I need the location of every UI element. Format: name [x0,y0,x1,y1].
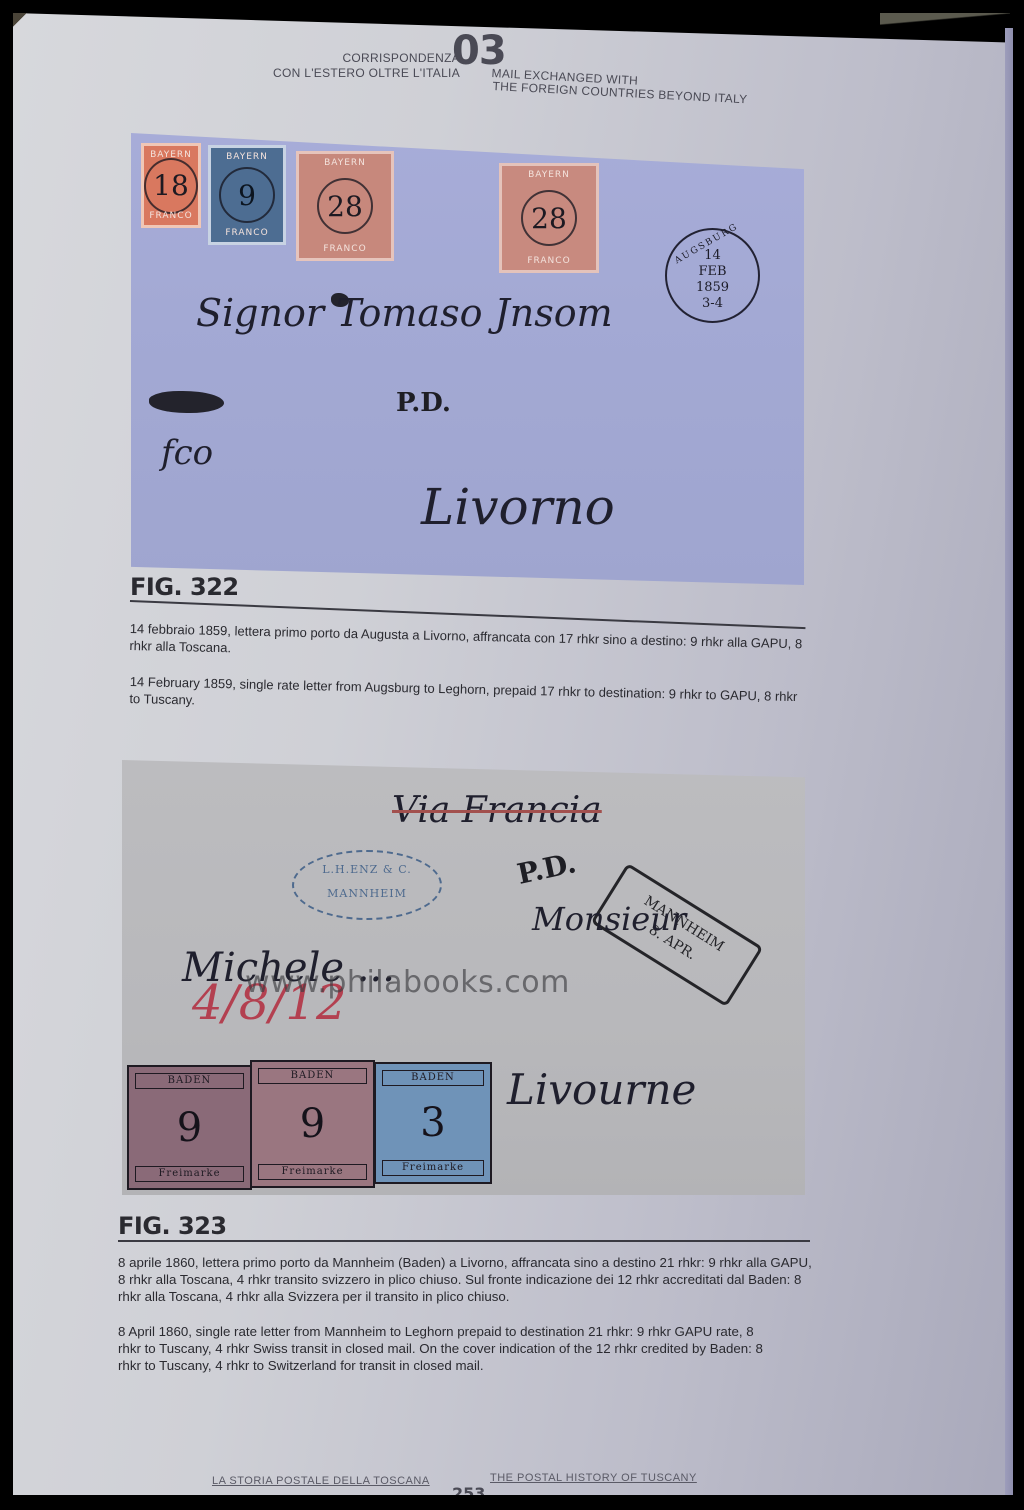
page-edge [1005,28,1013,1495]
cachet-town: MANNHEIM [294,882,440,906]
stamp-value: 18 [153,169,189,202]
postmark-time: 3-4 [667,296,758,312]
stamp-country: BADEN [135,1073,244,1089]
stamp-baden-3kr: BADEN 3 Freimarke [374,1062,492,1184]
stamp-baden-9kr-b: BADEN 9 Freimarke [250,1060,375,1188]
numeral-cancel: 28 [521,190,577,246]
figure-323-caption-it: 8 aprile 1860, lettera primo porto da Ma… [118,1254,818,1305]
stamp-inscription: FRANCO [144,211,198,221]
address-line-1: Signor Tomaso Jnsom [196,291,613,335]
figure-322-label: FIG. 322 [130,573,239,601]
route-note-via-francia: Via Francia [392,790,602,831]
footer-title-en: THE POSTAL HISTORY OF TUSCANY [490,1472,697,1484]
pd-marking: P.D. [514,846,579,891]
page-number: 253 [452,1484,485,1495]
stamp-country: BAYERN [211,152,283,162]
stamp-inscription: Freimarke [258,1164,367,1180]
figure-322-cover-image: BAYERN 18 FRANCO BAYERN 9 FRANCO BAYERN … [131,133,804,585]
figure-323-rule [118,1240,810,1242]
chapter-title-it-line2: CON L'ESTERO OLTRE L'ITALIA [250,66,460,81]
stamp-inscription: Freimarke [135,1166,244,1182]
stamp-country: BAYERN [502,170,596,180]
stamp-value: 3 [420,1100,445,1146]
pd-marking: P.D. [396,388,451,418]
cachet-firm: L.H.ENZ & C. [294,858,440,882]
stamp-value: 9 [177,1105,202,1151]
chapter-title-it-line1: CORRISPONDENZA [320,51,460,66]
manuscript-franco: fco [161,433,213,473]
stamp-inscription: FRANCO [211,228,283,238]
page-top-shadow [880,13,1010,29]
stamp-country: BADEN [382,1070,484,1086]
postmark-year: 1859 [667,280,758,296]
numeral-cancel: 18 [144,158,198,214]
stamp-bavaria-9kr: BAYERN 9 FRANCO [208,145,286,245]
sender-oval-cachet: L.H.ENZ & C. MANNHEIM [292,850,442,920]
stamp-bavaria-1kr-b: BAYERN 28 FRANCO [499,163,599,273]
stamp-inscription: FRANCO [502,256,596,266]
watermark: www.philabooks.com [245,965,570,1000]
augsburg-postmark: AUGSBURG 14 FEB 1859 3-4 [665,228,760,323]
stamp-country: BAYERN [144,150,198,160]
stamp-inscription: FRANCO [299,244,391,254]
footer-title-it: LA STORIA POSTALE DELLA TOSCANA [212,1475,430,1487]
numeral-cancel: 28 [317,178,373,234]
stamp-value: 9 [238,179,256,212]
stamp-bavaria-18kr: BAYERN 18 FRANCO [141,143,201,228]
address-line-3: Livourne [507,1065,696,1114]
figure-323-caption-en: 8 April 1860, single rate letter from Ma… [118,1323,778,1374]
address-line-2: Livorno [421,478,615,536]
stamp-bavaria-1kr-a: BAYERN 28 FRANCO [296,151,394,261]
address-line-1: Monsieur [532,900,686,938]
stamp-country: BADEN [258,1068,367,1084]
figure-323-label: FIG. 323 [118,1212,227,1240]
stamp-inscription: Freimarke [382,1160,484,1176]
stamp-value: 9 [300,1101,325,1147]
stamp-value: 28 [531,202,567,235]
ink-blot [149,391,224,413]
page-corner [13,13,27,27]
stamp-country: BAYERN [299,158,391,168]
stamp-value: 28 [327,190,363,223]
stamp-baden-9kr-a: BADEN 9 Freimarke [127,1065,252,1190]
numeral-cancel: 9 [219,167,275,223]
